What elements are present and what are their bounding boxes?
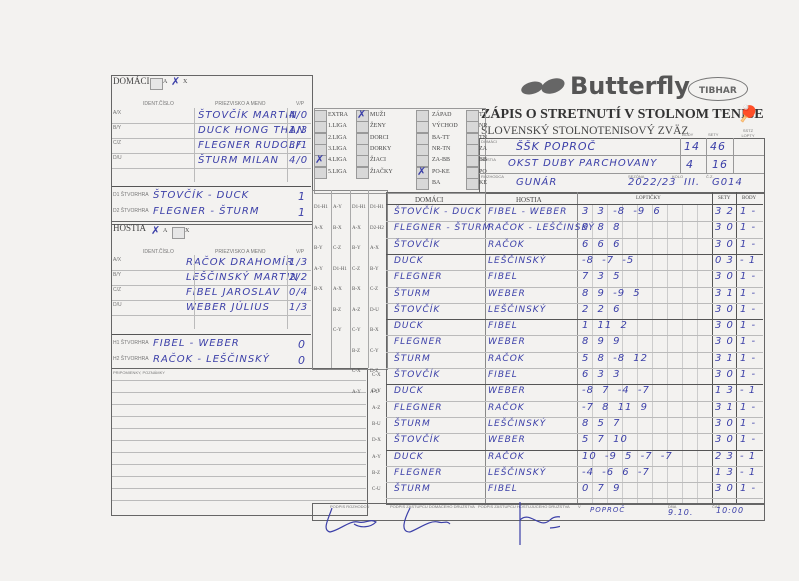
row-divider (112, 153, 311, 154)
row-divider (386, 254, 763, 255)
game-ball-scores: 5 7 10 (582, 434, 628, 445)
game-code: C-X (372, 373, 381, 378)
order-code: B-Y (314, 246, 323, 251)
order-code: C-Z (333, 246, 341, 251)
game-home-player: ŠTOVČÍK - DUCK (394, 207, 482, 217)
col-divider (350, 190, 351, 368)
game-ball-scores: 5 8 -8 12 (582, 353, 648, 364)
order-code: A-X (370, 246, 379, 251)
game-points: 1 - (740, 483, 756, 494)
player-code: A/X (113, 257, 121, 263)
order-code: A-X (314, 226, 323, 231)
game-sets: 1 3 (715, 467, 734, 478)
game-points: - 1 (740, 255, 756, 266)
row-divider (386, 287, 763, 288)
category-checkbox[interactable] (356, 167, 369, 179)
game-guest-player: LEŠČINSKÝ (488, 419, 546, 429)
row-divider (386, 433, 763, 434)
game-home-player: DUCK (394, 386, 424, 396)
order-code: C-Y (352, 328, 361, 333)
game-ball-scores: -8 7 -4 -7 (582, 385, 650, 396)
section-divider (112, 334, 311, 335)
game-sets: 3 1 (715, 353, 734, 364)
game-ball-scores: 1 11 2 (582, 320, 628, 331)
game-home-player: DUCK (394, 452, 424, 462)
home-team-body: 14 (684, 140, 700, 153)
region-option: PO-KE (432, 169, 450, 175)
order-code: A-Y (314, 267, 323, 272)
game-sets: 3 0 (715, 369, 734, 380)
game-guest-player: FIBEL - WEBER (488, 207, 567, 217)
game-sets: 3 1 (715, 402, 734, 413)
date: 9.10. (668, 508, 693, 517)
game-points: - 1 (740, 385, 756, 396)
games-header-sety: SETY (718, 196, 731, 201)
game-guest-player: WEBER (488, 386, 526, 396)
order-code: D1-H1 (314, 205, 328, 210)
game-points: 1 - (740, 402, 756, 413)
notes-line (112, 416, 366, 417)
category-option: ŽENY (370, 123, 386, 129)
game-home-player: FLEGNER (394, 468, 443, 478)
order-code: C-Z (352, 267, 360, 272)
row-divider (386, 417, 763, 418)
league-checkbox[interactable] (314, 133, 327, 145)
game-guest-player: FIBEL (488, 272, 518, 282)
game-ball-scores: 7 3 5 (582, 271, 620, 282)
doubles-code: H2 ŠTVORHRA (113, 356, 149, 362)
order-code: A-Y (352, 390, 361, 395)
order-code: A-Z (352, 308, 360, 313)
district-option: TT (479, 112, 486, 118)
game-sets: 1 3 (715, 385, 734, 396)
game-points: 1 - (740, 239, 756, 250)
order-code: C-X (352, 369, 361, 374)
game-code: A-Z (372, 406, 380, 411)
game-home-player: ŠTOVČÍK (394, 305, 440, 315)
player-win-loss: 3/1 (289, 140, 308, 151)
doubles-pair: ŠTOVČÍK - DUCK (153, 190, 249, 201)
game-guest-player: LEŠČINSKÝ (488, 305, 546, 315)
notes-line (112, 452, 366, 453)
region-option: BA-TT (432, 135, 450, 141)
player-win-loss: 1/3 (289, 125, 308, 136)
game-sets: 3 0 (715, 239, 734, 250)
district-checkbox[interactable] (466, 178, 479, 190)
region-checkbox[interactable] (416, 133, 429, 145)
player-name: LEŠČINSKÝ MARTIN (186, 272, 299, 283)
league-option: 5.LIGA (328, 169, 347, 175)
col-divider (712, 192, 713, 503)
game-ball-scores: 8 9 9 (582, 336, 620, 347)
category-selected-mark: ✗ (357, 110, 366, 120)
game-home-player: FLEGNER (394, 272, 443, 282)
doubles-result: 0 (298, 338, 306, 351)
order-code: B-Y (370, 267, 379, 272)
game-points: 1 - (740, 434, 756, 445)
game-sets: 3 0 (715, 434, 734, 445)
league-checkbox[interactable] (314, 110, 327, 122)
game-ball-scores: -4 -6 6 -7 (582, 467, 650, 478)
association-name: SLOVENSKÝ STOLNOTENISOVÝ ZVÄZ (481, 125, 688, 137)
row-divider (112, 168, 311, 169)
game-home-player: FLEGNER (394, 403, 443, 413)
order-code: C-Y (370, 349, 379, 354)
row-divider (386, 466, 763, 467)
col-divider (485, 192, 486, 503)
row-divider (386, 238, 763, 239)
doubles-pair: RAČOK - LEŠČINSKÝ (153, 354, 270, 365)
player-code: C/Z (113, 287, 121, 293)
order-code: B-X (314, 287, 323, 292)
player-code: B/Y (113, 272, 121, 278)
col-divider (194, 255, 195, 329)
section-divider (112, 186, 311, 187)
game-guest-player: RAČOK (488, 354, 525, 364)
home-label: DOMÁCI (113, 76, 150, 86)
grid-line (697, 205, 698, 503)
player-code: D/U (113, 155, 122, 161)
game-home-player: ŠTOVČÍK (394, 240, 440, 250)
notes-line (112, 488, 366, 489)
game-home-player: DUCK (394, 256, 424, 266)
order-code: A-X (333, 287, 342, 292)
game-code: B-U (372, 422, 381, 427)
game-home-player: FLEGNER (394, 337, 443, 347)
game-guest-player: RAČOK (488, 452, 525, 462)
tibhar-logo: TIBHAR (688, 77, 748, 101)
doubles-code: H1 ŠTVORHRA (113, 340, 149, 346)
league-option: EXTRA (328, 112, 348, 118)
game-ball-scores: 8 9 -9 5 (582, 288, 641, 299)
player-win-loss: 1/3 (289, 257, 308, 268)
row-divider (112, 270, 311, 271)
game-guest-player: LEŠČINSKÝ (488, 468, 546, 478)
player-code: D/U (113, 302, 122, 308)
game-ball-scores: 0 7 9 (582, 483, 620, 494)
match-number: G014 (712, 177, 743, 188)
game-code: D-X (372, 438, 381, 443)
game-guest-player: WEBER (488, 337, 526, 347)
order-code: D1-H1 (352, 205, 366, 210)
order-code: C-Z (370, 287, 378, 292)
score-sheet: Butterfly TIBHAR ZÁPIS O STRETNUTÍ V STO… (0, 0, 799, 581)
league-option: 2.LIGA (328, 135, 347, 141)
home-team-sety: 46 (710, 140, 726, 153)
game-sets: 2 3 (715, 451, 734, 462)
butterfly-logo: Butterfly (520, 72, 690, 100)
league-option: 1.LIGA (328, 123, 347, 129)
home-choice-a-checkbox[interactable] (150, 78, 163, 90)
games-header-domaci: DOMÁCI (415, 196, 443, 204)
game-ball-scores: 3 3 -8 -9 6 (582, 206, 661, 217)
region-checkbox[interactable] (416, 144, 429, 156)
game-guest-player: FIBEL (488, 484, 518, 494)
player-win-loss: 1/3 (289, 302, 308, 313)
referee-name: GUNÁR (516, 177, 557, 188)
game-guest-player: FIBEL (488, 370, 518, 380)
district-checkbox[interactable] (466, 110, 479, 122)
guest-team-body: 4 (686, 158, 694, 171)
player-name: ŠTOVČÍK MARTIN (198, 110, 298, 121)
col-divider (194, 108, 195, 182)
place: POPROČ (590, 506, 625, 514)
region-option: VÝCHOD (432, 123, 458, 129)
region-checkbox[interactable] (416, 121, 429, 133)
col-divider (287, 108, 288, 182)
notes-line (112, 440, 366, 441)
game-guest-player: WEBER (488, 289, 526, 299)
game-code: A-Y (372, 455, 381, 460)
notes-line (112, 392, 366, 393)
notes-label: PRIPOMIENKY, POZNÁMKY (113, 370, 165, 375)
table-tennis-player-icon: 🏓 (738, 104, 758, 124)
category-checkbox[interactable] (356, 155, 369, 167)
sheet-title: ZÁPIS O STRETNUTÍ V STOLNOM TENISE (481, 107, 764, 123)
region-option: BA (432, 180, 440, 186)
row-divider (386, 303, 763, 304)
game-guest-player: FIBEL (488, 321, 518, 331)
row-divider (386, 450, 763, 451)
game-points: - 1 (740, 451, 756, 462)
home-choice-x-mark: ✗ (171, 77, 180, 87)
game-sets: 3 0 (715, 304, 734, 315)
game-points: 1 - (740, 206, 756, 217)
order-code: A-X (352, 226, 361, 231)
game-home-player: ŠTURM (394, 419, 431, 429)
region-option: ZA-BB (432, 157, 450, 163)
row-divider (386, 384, 763, 385)
game-sets: 0 3 (715, 255, 734, 266)
game-ball-scores: 2 2 6 (582, 304, 620, 315)
order-code: B-X (352, 287, 361, 292)
game-ball-scores: -7 8 11 9 (582, 402, 648, 413)
player-code: C/Z (113, 140, 121, 146)
guest-label: HOSTIA (113, 223, 146, 233)
game-home-player: DUCK (394, 321, 424, 331)
game-home-player: ŠTURM (394, 289, 431, 299)
notes-line (112, 380, 366, 381)
col-body-label: BODY (682, 132, 693, 137)
game-sets: 3 0 (715, 271, 734, 282)
row-divider (386, 270, 763, 271)
game-ball-scores: -8 -7 -5 (582, 255, 634, 266)
district-option: ZA (479, 146, 487, 152)
category-checkbox[interactable] (356, 144, 369, 156)
order-code: A-Y (333, 205, 342, 210)
game-home-player: ŠTOVČÍK (394, 435, 440, 445)
order-code: C-Y (333, 328, 342, 333)
district-option: PO (479, 169, 487, 175)
notes-line (112, 464, 366, 465)
doubles-code: D1 ŠTVORHRA (113, 192, 149, 198)
game-ball-scores: 9 8 8 (582, 222, 620, 233)
order-code: B-Z (333, 308, 341, 313)
col-lopty-label: SSTZ LOPTY (736, 128, 760, 138)
player-win-loss: 4/0 (289, 155, 308, 166)
row-divider (386, 335, 763, 336)
category-option: MUŽI (370, 112, 385, 118)
league-checkbox[interactable] (314, 167, 327, 179)
row-divider (112, 285, 311, 286)
time: 10:00 (716, 506, 744, 515)
signatures (320, 500, 560, 550)
player-name: ŠTURM MILAN (198, 155, 279, 166)
category-option: ŽIAČKY (370, 169, 393, 175)
region-checkbox[interactable] (416, 178, 429, 190)
game-sets: 3 0 (715, 320, 734, 331)
header-divider (386, 204, 763, 205)
guest-team-name: OKST DUBY PARCHOVANY (508, 158, 657, 169)
game-sets: 3 2 (715, 206, 734, 217)
col-divider (577, 192, 578, 503)
row-divider (386, 319, 763, 320)
order-code: B-X (370, 328, 379, 333)
games-header-body: BODY (742, 196, 756, 201)
district-option: NR (479, 123, 487, 129)
district-checkbox[interactable] (466, 144, 479, 156)
col-divider (287, 255, 288, 329)
category-checkbox[interactable] (356, 121, 369, 133)
district-option: BB (479, 157, 487, 163)
game-guest-player: RAČOK - LEŠČINSKÝ (488, 223, 595, 233)
row-divider (112, 123, 311, 124)
col-divider (331, 190, 332, 368)
notes-box (111, 368, 368, 516)
district-checkbox[interactable] (466, 167, 479, 179)
game-sets: 3 1 (715, 288, 734, 299)
round: III. (684, 177, 700, 188)
game-code: B-Z (372, 471, 380, 476)
player-name: RAČOK DRAHOMÍR (186, 257, 294, 268)
col-divider (368, 190, 369, 368)
order-code: D2-H2 (370, 226, 384, 231)
game-ball-scores: 8 5 7 (582, 418, 620, 429)
game-ball-scores: 6 6 6 (582, 239, 620, 250)
game-code: C-U (372, 487, 381, 492)
game-home-player: ŠTURM (394, 354, 431, 364)
home-team-name: ŠŠK POPROČ (516, 140, 596, 153)
doubles-result: 1 (298, 206, 306, 219)
game-home-player: ŠTOVČÍK (394, 370, 440, 380)
category-checkbox[interactable] (356, 133, 369, 145)
grid-line (682, 205, 683, 503)
region-option: NR-TN (432, 146, 450, 152)
col-sety-label: SETY (708, 132, 718, 137)
order-code: D-U (370, 308, 379, 313)
row-divider (386, 352, 763, 353)
game-ball-scores: 10 -9 5 -7 -7 (582, 451, 673, 462)
game-points: 1 - (740, 418, 756, 429)
district-checkbox[interactable] (466, 155, 479, 167)
league-option: 3.LIGA (328, 146, 347, 152)
guest-choice-x-checkbox[interactable] (172, 227, 185, 239)
guest-choice-a-mark: ✗ (151, 226, 160, 236)
player-code: A/X (113, 110, 121, 116)
game-sets: 3 0 (715, 483, 734, 494)
game-code: D-Y (372, 389, 381, 394)
game-points: 1 - (740, 304, 756, 315)
game-points: 1 - (740, 288, 756, 299)
player-code: B/Y (113, 125, 121, 131)
row-divider (112, 315, 311, 316)
league-selected-mark: ✗ (315, 155, 324, 165)
game-guest-player: LEŠČINSKÝ (488, 256, 546, 266)
game-guest-player: WEBER (488, 435, 526, 445)
player-name: FIBEL JAROSLAV (186, 287, 280, 298)
game-points: 1 - (740, 369, 756, 380)
games-header-hostia: HOSTIA (516, 196, 542, 204)
order-code: B-Y (352, 246, 361, 251)
notes-line (112, 404, 366, 405)
games-header-lopticky: LOPTIČKY (636, 196, 661, 201)
player-win-loss: 0/4 (289, 287, 308, 298)
order-code: B-X (333, 226, 342, 231)
game-sets: 3 0 (715, 222, 734, 233)
game-points: - 1 (740, 467, 756, 478)
game-points: 1 - (740, 222, 756, 233)
game-ball-scores: 6 3 3 (582, 369, 620, 380)
region-option: ZÁPAD (432, 112, 451, 118)
game-points: 1 - (740, 320, 756, 331)
region-checkbox[interactable] (416, 110, 429, 122)
game-guest-player: RAČOK (488, 240, 525, 250)
doubles-code: D2 ŠTVORHRA (113, 208, 149, 214)
notes-line (112, 428, 366, 429)
doubles-pair: FIBEL - WEBER (153, 338, 240, 349)
game-sets: 3 0 (715, 418, 734, 429)
row-divider (386, 368, 763, 369)
order-code: B-Z (352, 349, 360, 354)
col-divider (736, 192, 737, 503)
district-checkbox[interactable] (466, 133, 479, 145)
doubles-pair: FLEGNER - ŠTURM (153, 206, 259, 217)
league-option: 4.LIGA (328, 157, 347, 163)
games-table (386, 192, 765, 505)
doubles-result: 1 (298, 190, 306, 203)
game-points: 1 - (740, 353, 756, 364)
category-option: DORCI (370, 135, 389, 141)
game-home-player: FLEGNER - ŠTURM (394, 223, 491, 233)
player-win-loss: 4/0 (289, 110, 308, 121)
doubles-result: 0 (298, 354, 306, 367)
league-checkbox[interactable] (314, 121, 327, 133)
category-option: ŽIACI (370, 157, 386, 163)
row-divider (112, 300, 311, 301)
district-option: KE (479, 180, 487, 186)
game-points: 1 - (740, 271, 756, 282)
player-win-loss: 2/2 (289, 272, 308, 283)
butterfly-wings-icon (520, 74, 566, 98)
season: 2022/23 (628, 177, 677, 188)
row-divider (112, 138, 311, 139)
region-selected-mark: ✗ (417, 167, 426, 177)
notes-line (112, 476, 366, 477)
order-code: D1-H1 (333, 267, 347, 272)
game-sets: 3 0 (715, 336, 734, 347)
player-name: WEBER JÚLIUS (186, 302, 270, 313)
game-points: 1 - (740, 336, 756, 347)
guest-team-sety: 16 (712, 158, 728, 171)
order-code: D1-H1 (370, 205, 384, 210)
row-divider (386, 482, 763, 483)
category-option: DORKY (370, 146, 391, 152)
game-home-player: ŠTURM (394, 484, 431, 494)
district-option: TN (479, 135, 487, 141)
district-checkbox[interactable] (466, 121, 479, 133)
game-guest-player: RAČOK (488, 403, 525, 413)
row-divider (386, 401, 763, 402)
